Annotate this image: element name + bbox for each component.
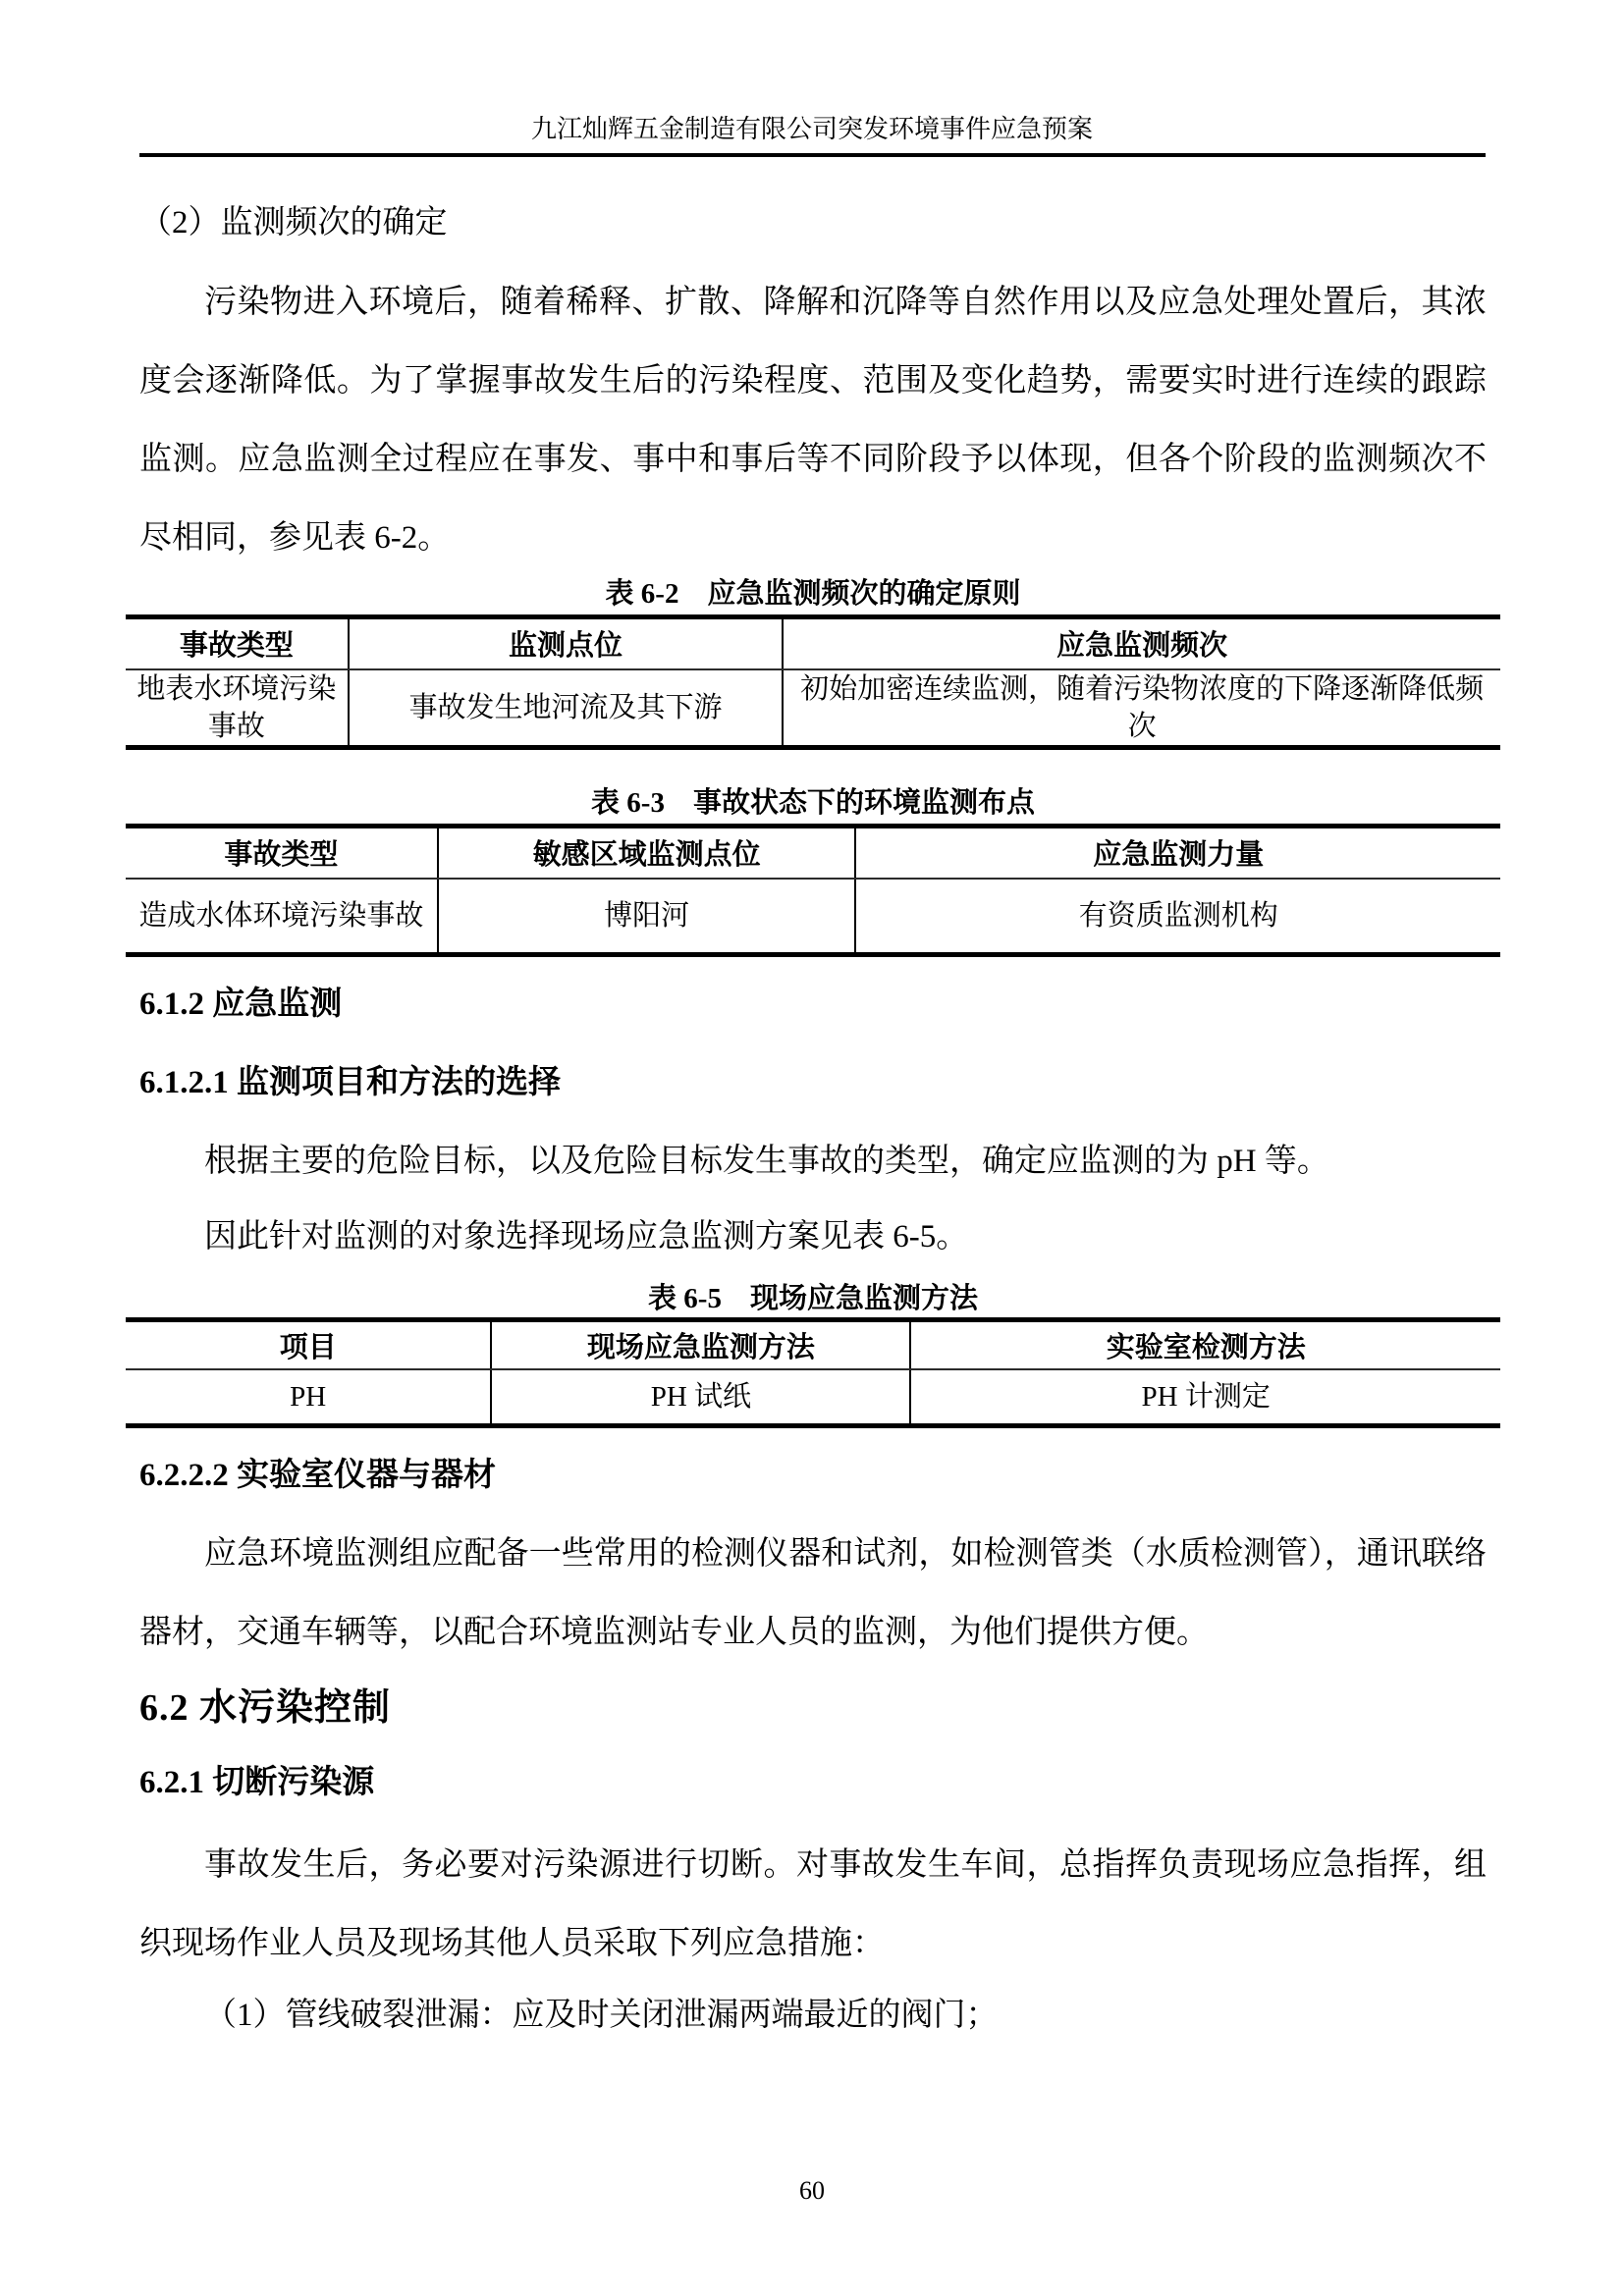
- table-6-3: 事故类型 敏感区域监测点位 应急监测力量 造成水体环境污染事故 博阳河 有资质监…: [126, 824, 1500, 957]
- paragraph-lab-equipment: 应急环境监测组应配备一些常用的检测仪器和试剂，如检测管类（水质检测管），通讯联络…: [139, 1515, 1487, 1672]
- table-cell: PH 试纸: [491, 1369, 910, 1426]
- table-row: 事故类型 监测点位 应急监测频次: [126, 617, 1500, 669]
- table-header-cell: 事故类型: [126, 617, 349, 669]
- table-header-cell: 敏感区域监测点位: [438, 827, 856, 879]
- paragraph-monitoring-frequency: 污染物进入环境后，随着稀释、扩散、降解和沉降等自然作用以及应急处理处置后，其浓度…: [139, 263, 1487, 577]
- table-header-cell: 实验室检测方法: [910, 1320, 1500, 1369]
- paragraph-cut-pollution-source: 事故发生后，务必要对污染源进行切断。对事故发生车间，总指挥负责现场应急指挥，组织…: [139, 1826, 1487, 1983]
- table-cell: 初始加密连续监测，随着污染物浓度的下降逐渐降低频次: [783, 669, 1500, 748]
- heading-6-1-2: 6.1.2 应急监测: [139, 985, 1487, 1024]
- table-row: 项目 现场应急监测方法 实验室检测方法: [126, 1320, 1500, 1369]
- table-header-cell: 监测点位: [349, 617, 783, 669]
- document-header-title: 九江灿辉五金制造有限公司突发环境事件应急预案: [0, 114, 1624, 145]
- table-cell: 事故发生地河流及其下游: [349, 669, 783, 748]
- table-6-2: 事故类型 监测点位 应急监测频次 地表水环境污染事故 事故发生地河流及其下游 初…: [126, 614, 1500, 750]
- heading-6-2: 6.2 水污染控制: [139, 1684, 1487, 1732]
- table-header-cell: 应急监测频次: [783, 617, 1500, 669]
- table-cell: 地表水环境污染事故: [126, 669, 349, 748]
- paragraph-monitoring-plan-ref: 因此针对监测的对象选择现场应急监测方案见表 6-5。: [139, 1217, 1487, 1256]
- table-cell: 有资质监测机构: [855, 879, 1500, 955]
- table-6-2-caption: 表 6-2 应急监测频次的确定原则: [126, 577, 1500, 611]
- list-item-pipeline-leak: （1）管线破裂泄漏：应及时关闭泄漏两端最近的阀门；: [139, 1996, 1487, 2035]
- table-row: PH PH 试纸 PH 计测定: [126, 1369, 1500, 1426]
- table-row: 地表水环境污染事故 事故发生地河流及其下游 初始加密连续监测，随着污染物浓度的下…: [126, 669, 1500, 748]
- document-page: 九江灿辉五金制造有限公司突发环境事件应急预案 （2）监测频次的确定 污染物进入环…: [0, 0, 1624, 2296]
- table-6-5: 项目 现场应急监测方法 实验室检测方法 PH PH 试纸 PH 计测定: [126, 1317, 1500, 1428]
- table-header-cell: 应急监测力量: [855, 827, 1500, 879]
- table-header-cell: 事故类型: [126, 827, 438, 879]
- table-cell: PH 计测定: [910, 1369, 1500, 1426]
- table-6-3-caption: 表 6-3 事故状态下的环境监测布点: [126, 786, 1500, 820]
- heading-6-1-2-1: 6.1.2.1 监测项目和方法的选择: [139, 1063, 1487, 1102]
- table-cell: 造成水体环境污染事故: [126, 879, 438, 955]
- table-cell: PH: [126, 1369, 491, 1426]
- heading-6-2-2-2: 6.2.2.2 实验室仪器与器材: [139, 1456, 1487, 1495]
- header-divider-line: [139, 153, 1486, 157]
- table-cell: 博阳河: [438, 879, 856, 955]
- heading-6-2-1: 6.2.1 切断污染源: [139, 1763, 1487, 1802]
- table-row: 造成水体环境污染事故 博阳河 有资质监测机构: [126, 879, 1500, 955]
- paragraph-monitoring-target: 根据主要的危险目标，以及危险目标发生事故的类型，确定应监测的为 pH 等。: [139, 1142, 1487, 1181]
- table-header-cell: 现场应急监测方法: [491, 1320, 910, 1369]
- table-6-5-caption: 表 6-5 现场应急监测方法: [126, 1282, 1500, 1315]
- page-number: 60: [0, 2176, 1624, 2206]
- table-header-cell: 项目: [126, 1320, 491, 1369]
- table-row: 事故类型 敏感区域监测点位 应急监测力量: [126, 827, 1500, 879]
- heading-monitoring-frequency: （2）监测频次的确定: [139, 202, 1487, 243]
